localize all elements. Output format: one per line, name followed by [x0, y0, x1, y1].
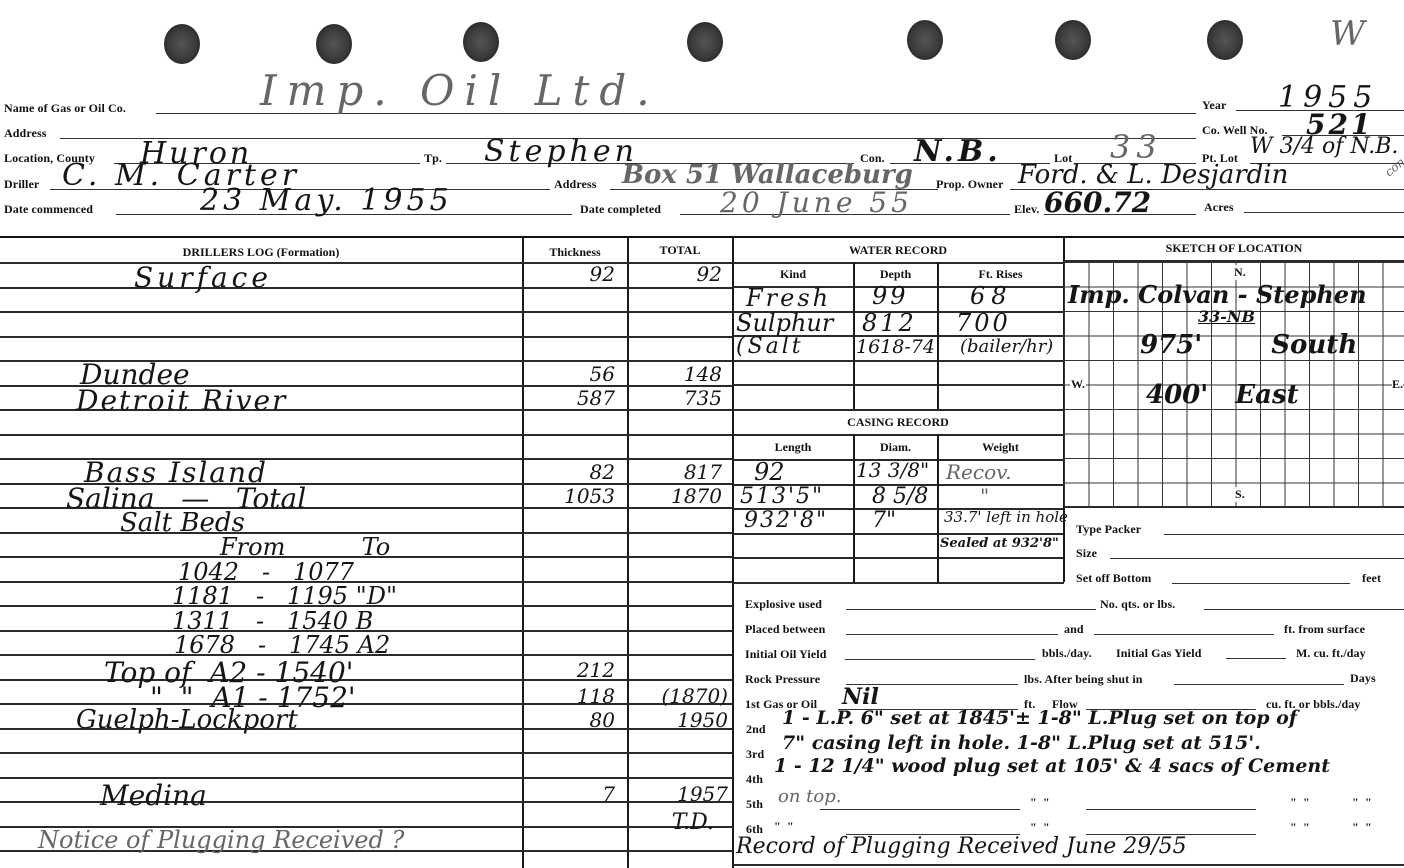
water-rises-cell: (bailer/hr): [960, 336, 1053, 357]
compass-south: S.: [1234, 487, 1246, 502]
water-depth-cell: 812: [862, 309, 917, 337]
punch-hole: [907, 20, 943, 60]
sketch-note: 400' East: [1146, 380, 1299, 410]
plugging-received-note: Record of Plugging Received June 29/55: [736, 834, 1187, 859]
date-completed-label: Date completed: [580, 202, 661, 217]
punch-hole: [164, 24, 200, 64]
plugging-notice-note: Notice of Plugging Received ?: [38, 826, 404, 854]
elevation-label: Elev.: [1014, 202, 1040, 217]
water-record-title: WATER RECORD: [733, 243, 1063, 258]
formation-cell: Medina: [100, 779, 207, 812]
log-header-total: TOTAL: [628, 243, 732, 258]
rock-pressure-label: Rock Pressure: [745, 672, 820, 687]
from-surface-label: ft. from surface: [1284, 622, 1365, 637]
pt-lot-value[interactable]: W 3/4 of N.B.: [1250, 134, 1398, 159]
thickness-cell: 92: [523, 262, 615, 286]
formation-cell: 1678 - 1745 A2: [174, 631, 390, 659]
casing-weight-cell: ": [980, 484, 989, 508]
log-header-formation: DRILLERS LOG (Formation): [0, 245, 522, 260]
prop-owner-label: Prop. Owner: [936, 177, 1004, 192]
total-cell: 817: [628, 460, 722, 484]
elevation-value[interactable]: 660.72: [1044, 186, 1151, 219]
water-kind-cell: Sulphur: [736, 309, 833, 337]
sketch-note: 33-NB: [1198, 307, 1255, 326]
water-kind-cell: (Salt: [736, 334, 804, 359]
punch-hole: [1055, 20, 1091, 60]
casing-header-diam: Diam.: [854, 440, 937, 455]
formation-cell: Guelph-Lockport: [76, 705, 298, 735]
water-depth-cell: 1618-74: [856, 336, 935, 358]
casing-weight-cell: Recov.: [946, 460, 1011, 484]
and-label: and: [1064, 622, 1084, 637]
row-5th-label: 5th: [746, 797, 763, 812]
row-3rd-label: 3rd: [746, 747, 764, 762]
formation-cell: From To: [220, 533, 390, 561]
thickness-cell: 80: [523, 708, 615, 732]
table-top-border: [0, 236, 1404, 238]
gas-yield-unit: M. cu. ft./day: [1296, 646, 1366, 661]
ditto-mark: " ": [1352, 795, 1372, 810]
acres-label: Acres: [1204, 200, 1234, 215]
formation-cell: 1181 - 1195 "D": [172, 582, 397, 610]
qty-label: No. qts. or lbs.: [1100, 597, 1175, 612]
water-header-kind: Kind: [733, 267, 853, 282]
plugging-line-4: 1 - 12 1/4" wood plug set at 105' & 4 sa…: [774, 755, 1330, 777]
compass-north: N.: [1233, 265, 1247, 280]
date-completed-value[interactable]: 20 June 55: [720, 186, 913, 219]
year-label: Year: [1202, 98, 1226, 113]
casing-record-title: CASING RECORD: [733, 415, 1063, 430]
casing-diam-cell: 8 5/8: [872, 484, 928, 509]
casing-header-weight: Weight: [938, 440, 1063, 455]
ditto-mark: " ": [1352, 820, 1372, 835]
divider: [522, 236, 524, 868]
water-rises-cell: 700: [956, 309, 1011, 337]
total-cell: 148: [628, 362, 722, 386]
set-off-bottom-label: Set off Bottom: [1076, 571, 1151, 586]
company-label: Name of Gas or Oil Co.: [4, 101, 126, 116]
thickness-cell: 82: [523, 460, 615, 484]
total-cell: 1950: [628, 708, 728, 732]
plugging-line-3: 7" casing left in hole. 1-8" L.Plug set …: [782, 732, 1261, 754]
thickness-cell: 212: [523, 658, 615, 682]
thickness-cell: 587: [523, 386, 615, 410]
ditto-mark: " ": [1290, 820, 1310, 835]
corner-mark: W: [1330, 14, 1365, 54]
oil-yield-label: Initial Oil Yield: [745, 647, 827, 662]
total-depth-mark: T.D.: [628, 810, 714, 835]
total-cell: 1957: [628, 782, 728, 806]
thickness-cell: 56: [523, 362, 615, 386]
casing-length-cell: 513'5": [740, 484, 824, 509]
casing-weight-cell: Sealed at 932'8": [940, 536, 1059, 551]
ditto-mark: " ": [1290, 795, 1310, 810]
date-commenced-label: Date commenced: [4, 202, 93, 217]
row-4th-label: 4th: [746, 772, 763, 787]
driller-label: Driller: [4, 177, 39, 192]
days-label: Days: [1350, 671, 1376, 686]
punch-hole: [463, 22, 499, 62]
water-kind-cell: Fresh: [746, 284, 831, 312]
punch-hole: [687, 22, 723, 62]
township-value[interactable]: Stephen: [484, 134, 638, 169]
driller-address-label: Address: [554, 177, 597, 192]
sketch-title: SKETCH OF LOCATION: [1064, 241, 1404, 256]
township-label: Tp.: [424, 151, 442, 166]
sketch-note: 975' South: [1140, 330, 1357, 360]
row-2nd-label: 2nd: [746, 722, 766, 737]
casing-length-cell: 92: [754, 458, 785, 486]
total-cell: 92: [628, 262, 722, 286]
log-header-thickness: Thickness: [523, 245, 627, 260]
plugging-line-2: 1 - L.P. 6" set at 1845'± 1-8" L.Plug se…: [782, 707, 1297, 729]
company-value[interactable]: Imp. Oil Ltd.: [260, 66, 660, 115]
compass-west: W.: [1070, 377, 1086, 392]
thickness-cell: 118: [523, 684, 615, 708]
plugging-line-5: on top.: [778, 786, 841, 807]
divider: [732, 236, 734, 868]
set-off-unit: feet: [1362, 571, 1381, 586]
total-cell: 735: [628, 386, 722, 410]
formation-cell: Surface: [134, 261, 272, 294]
concession-value[interactable]: N.B.: [914, 134, 1002, 169]
compass-east: E.: [1392, 377, 1403, 392]
sketch-note: Imp. Colvan - Stephen: [1068, 280, 1367, 309]
ditto-mark: " ": [774, 819, 794, 834]
water-rises-cell: 68: [970, 282, 1013, 310]
type-packer-label: Type Packer: [1076, 522, 1141, 537]
gas-yield-label: Initial Gas Yield: [1116, 646, 1202, 661]
casing-header-length: Length: [733, 440, 853, 455]
casing-length-cell: 932'8": [744, 508, 828, 533]
placed-between-label: Placed between: [745, 622, 825, 637]
date-commenced-value[interactable]: 23 May. 1955: [200, 183, 453, 218]
explosive-label: Explosive used: [745, 597, 822, 612]
casing-diam-cell: 13 3/8": [856, 458, 929, 482]
punch-hole: [316, 24, 352, 64]
rock-pressure-unit: lbs. After being shut in: [1024, 672, 1143, 687]
thickness-cell: 7: [523, 782, 615, 806]
divider: [627, 236, 629, 868]
total-cell: 1870: [628, 484, 722, 508]
thickness-cell: 1053: [523, 484, 615, 508]
oil-yield-unit: bbls./day.: [1042, 646, 1092, 661]
punch-hole: [1207, 20, 1243, 60]
water-depth-cell: 99: [872, 282, 909, 310]
total-cell: (1870): [628, 684, 728, 708]
packer-size-label: Size: [1076, 546, 1097, 561]
water-header-rises: Ft. Rises: [938, 267, 1063, 282]
casing-weight-cell: 33.7' left in hole: [944, 508, 1068, 526]
ditto-mark: " ": [1030, 820, 1050, 835]
address-label: Address: [4, 126, 47, 141]
casing-diam-cell: 7": [872, 508, 896, 533]
ditto-mark: " ": [1030, 795, 1050, 810]
formation-cell: Detroit River: [76, 384, 287, 417]
water-header-depth: Depth: [854, 267, 937, 282]
